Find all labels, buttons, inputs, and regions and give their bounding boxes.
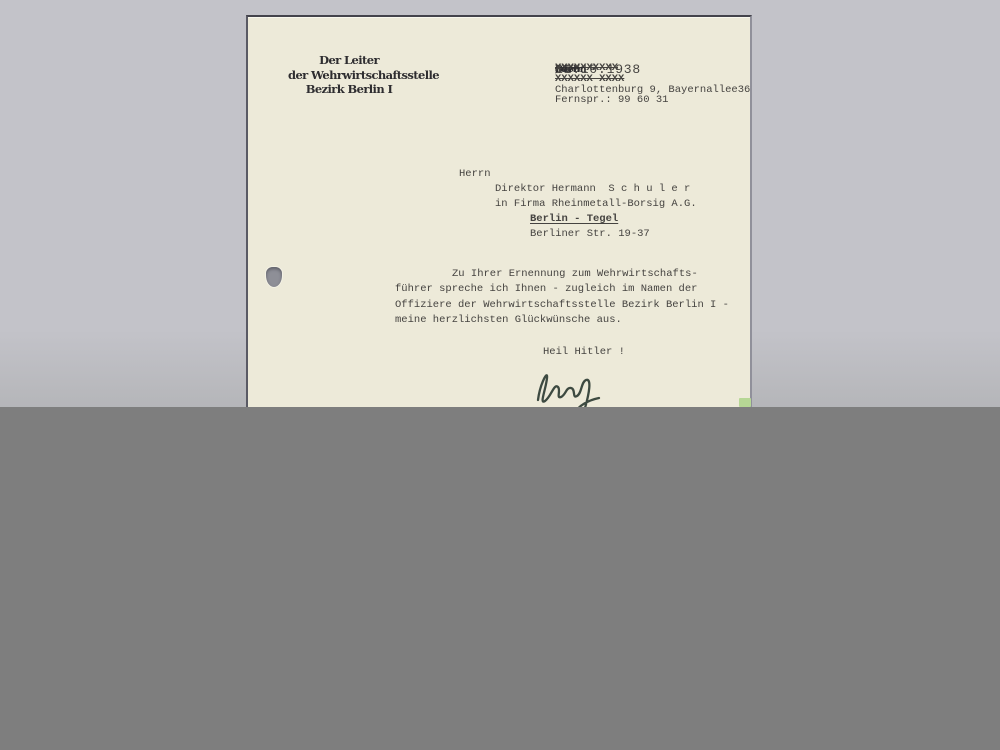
- recipient-street: Berliner Str. 19-37: [530, 228, 650, 240]
- photo-scene: Der Leiter der Wehrwirtschaftsstelle Bez…: [0, 0, 1000, 750]
- body-line-2: führer spreche ich Ihnen - zugleich im N…: [395, 282, 740, 297]
- body-line-1: Zu Ihrer Ernennung zum Wehrwirtschafts-: [395, 267, 740, 282]
- backdrop-lower-band: [0, 407, 1000, 750]
- letterhead-line-2: der Wehrwirtschaftsstelle: [288, 68, 410, 83]
- handwritten-signature: [531, 364, 611, 407]
- recipient-name: Direktor Hermann S c h u l e r: [495, 183, 690, 195]
- letter-date: 11.10.1938: [555, 63, 641, 76]
- letter-body: Zu Ihrer Ernennung zum Wehrwirtschafts- …: [395, 267, 740, 329]
- body-line-4: meine herzlichsten Glückwünsche aus.: [395, 313, 740, 328]
- closing-salute: Heil Hitler !: [543, 346, 625, 358]
- recipient-city: Berlin - Tegel: [530, 213, 618, 225]
- letterhead-line-3: Bezirk Berlin I: [288, 82, 410, 97]
- green-edge-artifact: [739, 398, 751, 407]
- punch-hole: [266, 267, 282, 287]
- date-address-block: BerlinXXXX, den 11.10.1938 XXXXXXXXXX XX…: [555, 63, 750, 106]
- letterhead-line-1: Der Leiter: [288, 53, 410, 68]
- letterhead-block: Der Leiter der Wehrwirtschaftsstelle Bez…: [288, 53, 410, 97]
- body-line-3: Offiziere der Wehrwirtschaftsstelle Bezi…: [395, 298, 740, 313]
- recipient-salutation: Herrn: [459, 168, 491, 180]
- recipient-company: in Firma Rheinmetall-Borsig A.G.: [495, 198, 697, 210]
- sender-phone: Fernspr.: 99 60 31: [555, 95, 750, 106]
- letter-document: Der Leiter der Wehrwirtschaftsstelle Bez…: [246, 15, 752, 407]
